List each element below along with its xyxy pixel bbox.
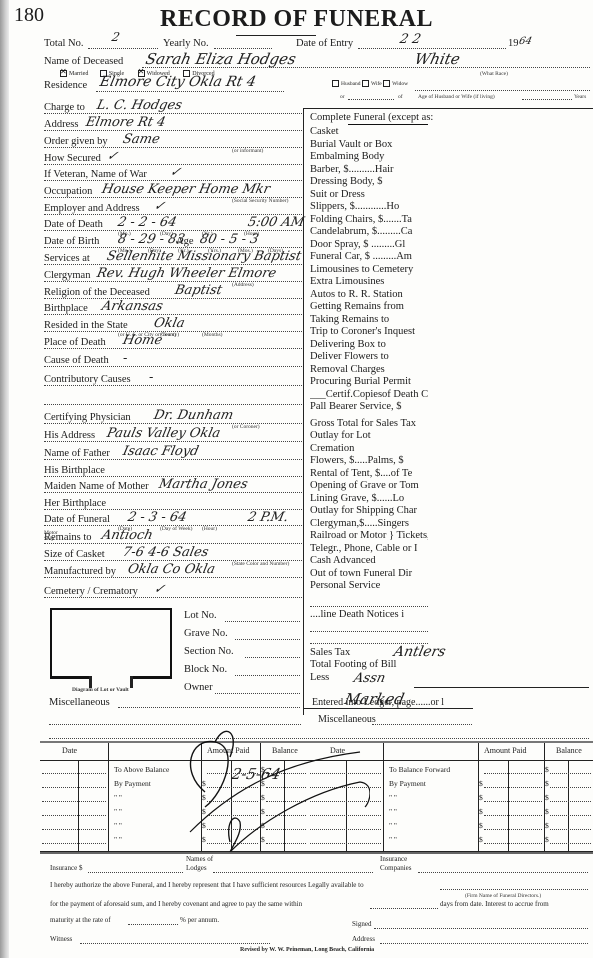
field-value[interactable]: Arkansas (100, 299, 164, 314)
ledger-date-cell[interactable] (310, 801, 381, 802)
charge-item[interactable]: Outlay for Lot (310, 430, 428, 441)
age-label: Age (176, 236, 194, 247)
ledger-row-label: To Above Balance (114, 765, 169, 774)
lot-field-line[interactable] (235, 675, 300, 676)
ledger-date-cell[interactable] (42, 815, 106, 816)
lot-field-label: Owner (184, 682, 213, 693)
field-line[interactable] (44, 230, 302, 231)
lot-field-label: Lot No. (184, 610, 217, 621)
ledger-date-cell[interactable] (310, 787, 381, 788)
witness-label: Witness (50, 935, 72, 943)
field-label: If Veteran, Name of War (44, 169, 147, 180)
charge-item[interactable]: Burial Vault or Box (310, 139, 428, 150)
heading-underline (348, 124, 428, 125)
ledger-currency: $ (202, 779, 206, 788)
field-line[interactable] (44, 113, 302, 114)
ledger-balance-cell[interactable] (266, 829, 306, 830)
field-value[interactable]: Sellenhite Missionary Baptist (106, 249, 303, 264)
diagram-door-right (130, 676, 133, 688)
ledger-currency: $ (545, 793, 549, 802)
charge-item[interactable]: Deliver Flowers to (310, 351, 428, 362)
address-label: Address (352, 935, 375, 943)
ledger-currency: $ (261, 807, 265, 816)
field-value[interactable]: ✓ (168, 165, 182, 180)
ledger-date-cell[interactable] (310, 773, 381, 774)
or-line (348, 99, 394, 100)
ledger-amount-cell[interactable] (484, 843, 542, 844)
checkbox-icon[interactable] (332, 80, 339, 87)
field-value[interactable]: Isaac Floyd (121, 444, 200, 459)
field-line[interactable] (44, 314, 302, 315)
ledger-row-label: " " (389, 807, 397, 816)
charge-item[interactable]: Suit or Dress (310, 189, 428, 200)
charge-item[interactable]: Gross Total for Sales Tax (310, 418, 428, 429)
field-label: Name of Father (44, 448, 110, 459)
charge-item[interactable]: Embalming Body (310, 151, 428, 162)
percent-text: % per annum. (180, 916, 219, 924)
field-caption: (State Color and Number) (232, 561, 289, 567)
days-line[interactable] (370, 908, 438, 909)
charge-item[interactable]: ___Certif.Copiesof Death C (310, 389, 428, 400)
field-value[interactable]: Pauls Valley Okla (106, 426, 222, 441)
field-caption: (or Coroner) (232, 424, 260, 430)
maturity-text: maturity at the rate of (50, 916, 111, 924)
ledger-amount-cell[interactable] (484, 829, 542, 830)
residence-line (96, 91, 284, 92)
lot-field-line[interactable] (235, 639, 300, 640)
age-spouse-label: Age of Husband or Wife (if living) (418, 94, 495, 100)
lot-diagram (50, 608, 172, 676)
ledger-row-label: " " (389, 835, 397, 844)
ledger-balance-cell[interactable] (550, 787, 591, 788)
charge-item[interactable]: Trip to Coroner's Inquest (310, 326, 428, 337)
date-of-entry-label: Date of Entry (296, 38, 353, 49)
field-label: Contributory Causes (44, 374, 131, 385)
field-value[interactable]: Okla Co Okla (126, 562, 216, 577)
field-value[interactable]: Rev. Hugh Wheeler Elmore (95, 266, 277, 281)
ledger-balance-cell[interactable] (266, 787, 306, 788)
ledger-header-rule (40, 760, 308, 761)
diagram-caption: Diagram of Lot or Vault (72, 687, 129, 693)
ledger-currency: $ (202, 793, 206, 802)
date-of-entry-value[interactable]: 2 2 (398, 32, 422, 47)
ledger-row-label: " " (114, 793, 122, 802)
field-label: Her Birthplace (44, 498, 106, 509)
revised-credit: Revised by W. W. Peineman, Long Beach, C… (240, 947, 374, 953)
charge-item[interactable]: Limousines to Cemetery (310, 264, 428, 275)
charge-item[interactable]: Funeral Car, $ .........Am (310, 251, 428, 262)
form-title: RECORD OF FUNERAL (0, 6, 593, 33)
ledger-balance-cell[interactable] (550, 843, 591, 844)
relation-options: Husband Wife Widow (332, 80, 408, 87)
charge-item[interactable]: Outlay for Shipping Char (310, 505, 428, 516)
field-line[interactable] (44, 597, 302, 598)
lot-field-line[interactable] (245, 657, 300, 658)
field-label: Occupation (44, 186, 92, 197)
residence-value[interactable]: Elmore City Okla Rt 4 (98, 74, 257, 90)
lot-misc-line-2[interactable] (49, 724, 301, 725)
ledger-balance-cell[interactable] (550, 815, 591, 816)
checkbox-icon[interactable] (362, 80, 369, 87)
lodges-label: Names of Lodges (186, 855, 226, 873)
ledger-amount-cell[interactable] (207, 787, 258, 788)
ledger-header: Date (330, 746, 345, 755)
field-label: Services at (44, 253, 90, 264)
field-caption: (or informant) (232, 148, 263, 154)
field-line[interactable] (44, 130, 302, 131)
field-label: Manufactured by (44, 566, 116, 577)
field-label: Address (44, 119, 78, 130)
ledger-column-divider (108, 743, 109, 851)
ledger-date-cell[interactable] (42, 801, 106, 802)
charge-item[interactable]: Cash Advanced (310, 555, 428, 566)
ledger-currency: $ (479, 779, 483, 788)
field-value[interactable]: 2 - 2 - 64 (116, 215, 178, 230)
ledger-balance-cell[interactable] (266, 801, 306, 802)
field-line[interactable] (44, 577, 302, 578)
ledger-currency: $ (545, 807, 549, 816)
charge-item[interactable]: Folding Chairs, $.......Ta (310, 214, 428, 225)
ledger-date-cell[interactable] (310, 843, 381, 844)
total-no-label: Total No. (44, 38, 84, 49)
field-line[interactable] (44, 441, 302, 442)
motor-ship-prefix: Motor Ship (44, 530, 58, 542)
field-label: Place of Death (44, 337, 106, 348)
signed-label: Signed (352, 920, 371, 928)
ledger-amount-cell[interactable] (484, 815, 542, 816)
ledger-annotation: Marked (343, 690, 406, 708)
ledger-amount-cell[interactable] (484, 773, 542, 774)
field-value[interactable]: L. C. Hodges (95, 98, 183, 113)
firm-name-line[interactable] (440, 889, 588, 890)
relation-husband[interactable]: Husband (332, 81, 361, 87)
charge-item[interactable]: Casket (310, 126, 428, 137)
field-label: Birthplace (44, 303, 88, 314)
year-value[interactable]: 64 (518, 36, 533, 47)
field-label: Religion of the Deceased (44, 287, 150, 298)
charge-item[interactable]: Delivering Box to (310, 339, 428, 350)
ledger-rule (414, 687, 589, 688)
ledger-row-label: To Balance Forward (389, 765, 450, 774)
date-of-entry-line (358, 48, 506, 49)
field-line[interactable] (44, 298, 302, 299)
charge-item[interactable]: Personal Service (310, 580, 428, 591)
field-label: Resided in the State (44, 320, 128, 331)
field-label: Order given by (44, 136, 108, 147)
field-value[interactable]: ✓ (106, 149, 120, 164)
field-line[interactable] (44, 348, 302, 349)
total-no-line (88, 48, 158, 49)
years-label: Years (574, 94, 586, 100)
field-line[interactable] (44, 492, 302, 493)
interest-rate-line[interactable] (128, 924, 178, 925)
field-value[interactable]: Same (121, 132, 161, 147)
ledger-amount-cell[interactable] (484, 801, 542, 802)
lot-field-label: Section No. (184, 646, 234, 657)
ledger-currency: $ (261, 835, 265, 844)
footer-top-rule (40, 852, 593, 854)
field-line[interactable] (44, 459, 302, 460)
field-value-secondary[interactable]: 2 P.M. (246, 510, 289, 525)
field-value[interactable]: Home (121, 333, 163, 348)
field-value[interactable]: - (147, 370, 155, 385)
field-line[interactable] (44, 281, 302, 282)
lot-misc-line[interactable] (118, 707, 300, 708)
ledger-currency: $ (479, 793, 483, 802)
checkbox-icon[interactable] (383, 80, 390, 87)
ledger-balance-cell[interactable] (266, 843, 306, 844)
charges-misc-label: Miscellaneous (318, 714, 376, 725)
ledger-row-label: By Payment (114, 779, 151, 788)
field-line[interactable] (44, 264, 302, 265)
field-value-secondary[interactable]: 5:00 AM (246, 215, 305, 230)
marital-married[interactable]: Married (60, 71, 88, 77)
lodges-line[interactable] (213, 872, 373, 873)
ledger-row-label: " " (389, 793, 397, 802)
field-caption: (Address) (232, 282, 254, 288)
charge-item[interactable]: Out of town Funeral Dir (310, 568, 428, 579)
title-underline (236, 35, 316, 36)
field-label: Date of Funeral (44, 514, 110, 525)
ledger-currency: $ (545, 835, 549, 844)
charge-item[interactable]: Pall Bearer Service, $ (310, 401, 428, 412)
charge-item[interactable]: Taking Remains to (310, 314, 428, 325)
book-binding-edge (0, 0, 9, 958)
lot-field-label: Block No. (184, 664, 227, 675)
ledger-currency: $ (202, 835, 206, 844)
field-label: Clergyman (44, 270, 90, 281)
field-label: Charge to (44, 102, 85, 113)
ledger-currency: $ (202, 807, 206, 816)
field-label: Cause of Death (44, 355, 109, 366)
deceased-name-label: Name of Deceased (44, 56, 123, 67)
field-label: Cemetery / Crematory (44, 586, 138, 597)
signed-line[interactable] (374, 928, 588, 929)
charge-item[interactable] (310, 622, 428, 632)
authorize-text: I hereby authorize the above Funeral, an… (50, 881, 364, 889)
ledger-date-cell[interactable] (310, 829, 381, 830)
charge-item[interactable]: Cremation (310, 443, 428, 454)
residence-label: Residence (44, 80, 87, 91)
ledger-header: Balance (272, 746, 298, 755)
payment-text: for the payment of aforesaid sum, and I … (50, 900, 302, 908)
charge-item[interactable]: Telegr., Phone, Cable or I (310, 543, 428, 554)
ledger-currency: $ (545, 765, 549, 774)
field-label: His Address (44, 430, 95, 441)
field-caption: (Hour) (202, 526, 217, 532)
diagram-base-left (50, 676, 92, 679)
lot-misc-line-3[interactable] (49, 738, 589, 739)
charge-item[interactable]: Slippers, $............Ho (310, 201, 428, 212)
charge-item[interactable]: Extra Limousines (310, 276, 428, 287)
ledger-currency: $ (261, 793, 265, 802)
ledger-amount-cell[interactable] (207, 843, 258, 844)
ledger-row-label: By Payment (389, 779, 426, 788)
field-label: Date of Death (44, 219, 103, 230)
ledger-header: Balance (556, 746, 582, 755)
spouse-line (415, 90, 590, 91)
lot-field-line[interactable] (215, 693, 300, 694)
field-label: Maiden Name of Mother (44, 481, 149, 492)
field-value[interactable]: ✓ (152, 199, 166, 214)
ledger-row-label: " " (389, 821, 397, 830)
age-value[interactable]: 80 - 5 - 3 (198, 232, 260, 247)
ledger-top-rule (40, 741, 593, 743)
yearly-no-line[interactable] (214, 48, 272, 49)
age-spouse-line[interactable] (522, 99, 572, 100)
field-line[interactable] (44, 247, 302, 248)
ledger-header: Amount Paid (207, 746, 249, 755)
ledger-balance-cell[interactable] (550, 801, 591, 802)
field-value[interactable]: Martha Jones (158, 477, 250, 492)
relation-widow[interactable]: Widow (383, 81, 408, 87)
field-line[interactable] (44, 180, 302, 181)
charge-item[interactable]: Flowers, $.....Palms, $ (310, 455, 428, 466)
ledger-balance-cell[interactable] (550, 829, 591, 830)
relation-wife[interactable]: Wife (362, 81, 382, 87)
insurance-companies-label: Insurance Companies (380, 855, 430, 873)
charge-item[interactable]: Autos to R. R. Station (310, 289, 428, 300)
ledger-currency: $ (479, 835, 483, 844)
field-value[interactable]: Elmore Rt 4 (85, 115, 167, 130)
charge-item[interactable]: Clergyman,$.....Singers (310, 518, 428, 529)
witness-line[interactable] (80, 943, 270, 944)
field-value[interactable]: Antioch (100, 528, 154, 543)
field-caption: (Day of Week) (160, 526, 192, 532)
field-line[interactable] (44, 385, 302, 386)
field-caption: (Months) (202, 332, 222, 338)
field-value[interactable]: 7-6 4-6 Sales (121, 545, 210, 560)
charge-item[interactable]: Candelabrum, $.........Ca (310, 226, 428, 237)
ledger-divider (303, 708, 473, 709)
ledger-currency: $ (202, 821, 206, 830)
ledger-currency: $ (479, 807, 483, 816)
sales-tax-value[interactable]: Antlers (392, 644, 447, 660)
of-label: of (398, 94, 403, 100)
ledger-amount-cell[interactable] (207, 829, 258, 830)
yearly-no-label: Yearly No. (163, 38, 209, 49)
charges-heading: Complete Funeral (except as: (310, 112, 435, 123)
ledger-balance-cell[interactable] (266, 815, 306, 816)
days-text: days from date. Interest to accrue from (440, 900, 549, 908)
ledger-header-rule (308, 760, 593, 761)
field-value[interactable]: ✓ (152, 582, 166, 597)
year-prefix: 19 (508, 38, 519, 49)
field-caption: (Social Security Number) (232, 198, 289, 204)
paid-date-annotation: 2-5-64 (230, 765, 282, 783)
ledger-currency: $ (545, 821, 549, 830)
ledger-date-cell[interactable] (42, 829, 106, 830)
charge-item[interactable]: Procuring Burial Permit (310, 376, 428, 387)
ledger-row-label: " " (114, 807, 122, 816)
field-value[interactable]: Okla (152, 316, 186, 331)
field-label: Size of Casket (44, 549, 105, 560)
ledger-date-cell[interactable] (42, 787, 106, 788)
field-value[interactable]: - (121, 351, 129, 366)
ledger-currency: $ (261, 821, 265, 830)
charge-item[interactable]: Opening of Grave or Tom (310, 480, 428, 491)
ledger-currency: $ (479, 821, 483, 830)
field-label: Date of Birth (44, 236, 99, 247)
charge-item[interactable]: Lining Grave, $......Lo (310, 493, 428, 504)
charge-item[interactable]: Barber, $..........Hair (310, 164, 428, 175)
field-value[interactable]: House Keeper Home Mkr (100, 182, 271, 197)
ledger-header: Amount Paid (484, 746, 526, 755)
ledger-date-cell[interactable] (310, 815, 381, 816)
charges-panel: Complete Funeral (except as: CasketBuria… (303, 108, 593, 715)
charge-item[interactable]: Rental of Tent, $....of Te (310, 468, 428, 479)
ledger-row-label: " " (114, 821, 122, 830)
insurance-line[interactable] (88, 872, 183, 873)
deceased-name-value[interactable]: Sarah Eliza Hodges (144, 50, 298, 68)
lot-misc-label: Miscellaneous (49, 697, 110, 708)
field-label: How Secured (44, 153, 101, 164)
charge-item[interactable]: Removal Charges (310, 364, 428, 375)
field-value[interactable]: 2 - 3 - 64 (126, 510, 188, 525)
ledger-row-label: " " (114, 835, 122, 844)
field-line[interactable] (44, 366, 302, 367)
total-no-value[interactable]: 2 (111, 30, 122, 44)
lot-field-line[interactable] (225, 621, 300, 622)
charges-misc-line[interactable] (372, 724, 472, 725)
charge-item[interactable]: Railroad or Motor } Tickets, $ (310, 530, 428, 541)
race-value[interactable]: White (413, 50, 462, 68)
ledger-column-divider (383, 743, 384, 851)
diagram-base-right (130, 676, 172, 679)
charge-item[interactable]: Total Footing of Bill (310, 659, 428, 670)
lot-field-label: Grave No. (184, 628, 228, 639)
field-line[interactable] (44, 404, 302, 405)
checkbox-icon[interactable] (60, 70, 67, 77)
field-line[interactable] (44, 543, 302, 544)
ledger-amount-cell[interactable] (207, 801, 258, 802)
insurance-label: Insurance $ (50, 864, 82, 872)
field-label: Certifying Physician (44, 412, 131, 423)
firm-caption: (Firm Name of Funeral Directors.) (465, 893, 541, 899)
ledger-header: Date (62, 746, 77, 755)
ledger-amount-cell[interactable] (484, 787, 542, 788)
charge-item[interactable]: ....line Death Notices i (310, 609, 428, 620)
charge-item[interactable]: Getting Remains from (310, 301, 428, 312)
address-line[interactable] (380, 943, 588, 944)
ledger-currency: $ (545, 779, 549, 788)
field-value[interactable]: Dr. Dunham (152, 408, 234, 423)
charge-item[interactable]: Dressing Body, $ (310, 176, 428, 187)
field-label: His Birthplace (44, 465, 105, 476)
field-value[interactable]: Baptist (173, 283, 223, 298)
insurance-companies-line[interactable] (418, 872, 588, 873)
ledger-date-cell[interactable] (42, 843, 106, 844)
field-line[interactable] (44, 423, 302, 424)
ledger-balance-cell[interactable] (550, 773, 591, 774)
ledger-date-cell[interactable] (42, 773, 106, 774)
charge-item[interactable] (310, 634, 428, 644)
field-label: Employer and Address (44, 203, 140, 214)
or-label: or (340, 94, 345, 100)
charge-item[interactable]: Door Spray, $ .........Gl (310, 239, 428, 250)
race-caption: (What Race) (480, 71, 508, 77)
less-value[interactable]: Assn (352, 671, 386, 686)
ledger-amount-cell[interactable] (207, 815, 258, 816)
charge-item[interactable] (310, 597, 428, 607)
